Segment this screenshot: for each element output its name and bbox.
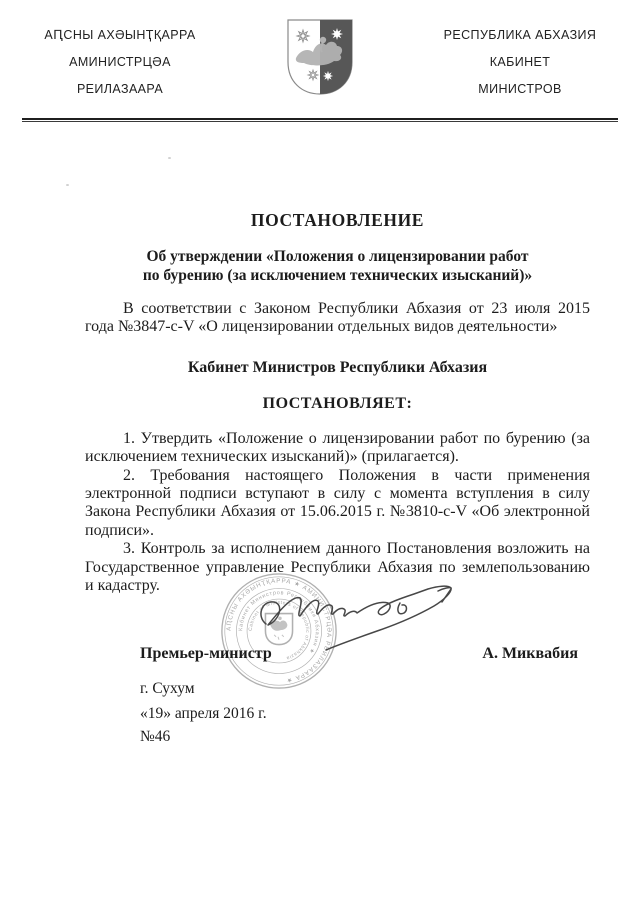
preamble-paragraph: В соответствии с Законом Республики Абха… (85, 300, 590, 337)
signatory-post: Премьер-министр (140, 645, 272, 663)
decree-item-2: 2. Требования настоящего Положения в час… (85, 467, 590, 541)
letterhead: АԤСНЫ АХӘЫНҬҚАРРА АМИНИСТРЦӘА РЕИЛАЗААРА (0, 0, 640, 103)
authority-line: Кабинет Министров Республики Абхазия (85, 359, 590, 377)
scan-speck (66, 184, 69, 186)
letterhead-right-line: КАБИНЕТ (425, 49, 615, 76)
letterhead-divider-rule (22, 118, 618, 122)
letterhead-left-line: РЕИЛАЗААРА (25, 76, 215, 103)
scan-speck (168, 157, 171, 159)
letterhead-right-line: РЕСПУБЛИКА АБХАЗИЯ (425, 22, 615, 49)
subject-line: по бурению (за исключением технических и… (85, 267, 590, 286)
subject-line: Об утверждении «Положения о лицензирован… (85, 248, 590, 267)
number-line: №46 (85, 728, 590, 746)
resolves-line: ПОСТАНОВЛЯЕТ: (85, 395, 590, 413)
decree-items: 1. Утвердить «Положение о лицензировании… (85, 430, 590, 596)
signature-row: Премьер-министр А. Миквабия (85, 645, 590, 663)
decree-item-1: 1. Утвердить «Положение о лицензировании… (85, 430, 590, 467)
document-body: ПОСТАНОВЛЕНИЕ Об утверждении «Положения … (85, 210, 590, 746)
letterhead-left-line: АԤСНЫ АХӘЫНҬҚАРРА (25, 22, 215, 49)
document-type-title: ПОСТАНОВЛЕНИЕ (85, 210, 590, 231)
decree-item-3: 3. Контроль за исполнением данного Поста… (85, 540, 590, 595)
date-line: «19» апреля 2016 г. (85, 705, 590, 723)
scanned-decree-page: АԤСНЫ АХӘЫНҬҚАРРА АМИНИСТРЦӘА РЕИЛАЗААРА (0, 0, 640, 905)
letterhead-right-line: МИНИСТРОВ (425, 76, 615, 103)
letterhead-left-block: АԤСНЫ АХӘЫНҬҚАРРА АМИНИСТРЦӘА РЕИЛАЗААРА (25, 18, 215, 103)
abkhazia-coat-of-arms-icon (286, 18, 354, 96)
letterhead-right-block: РЕСПУБЛИКА АБХАЗИЯ КАБИНЕТ МИНИСТРОВ (425, 18, 615, 103)
place-line: г. Сухум (85, 680, 590, 698)
signatory-name: А. Миквабия (482, 645, 578, 663)
document-subject: Об утверждении «Положения о лицензирован… (85, 248, 590, 285)
letterhead-left-line: АМИНИСТРЦӘА (25, 49, 215, 76)
